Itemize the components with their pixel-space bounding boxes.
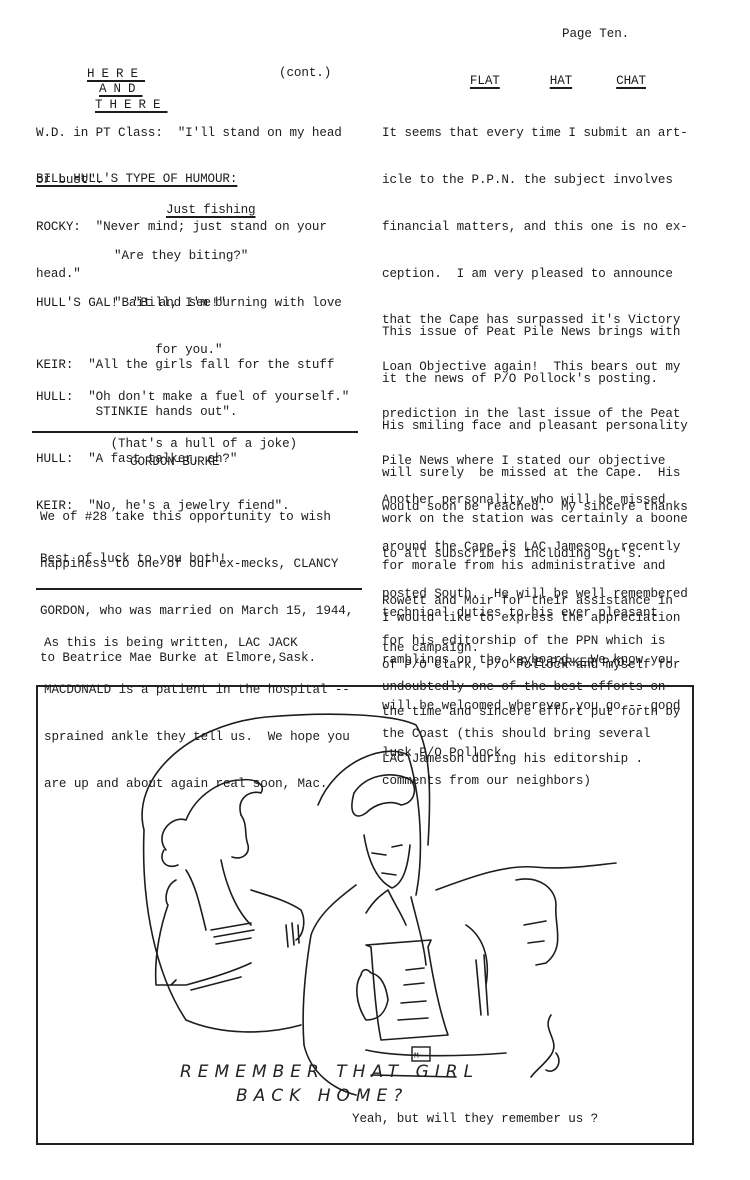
text-line: It seems that every time I submit an art… xyxy=(382,126,688,142)
wedding-closing: Best of luck to you both! xyxy=(40,552,226,568)
text-line: ception. I am very pleased to announce xyxy=(382,267,688,283)
artist-signature xyxy=(531,1015,559,1077)
handwritten-caption-line-1: REMEMBER THAT GIRL xyxy=(180,1062,479,1082)
typed-caption: Yeah, but will they remember us ? xyxy=(352,1112,598,1128)
section-divider xyxy=(36,588,362,590)
belt xyxy=(366,1050,506,1056)
text-line: Another personality who will be missed xyxy=(382,493,688,509)
text-line: KEIR: "All the girls fall for the stuff xyxy=(36,358,334,374)
title-word-flat: FLAT xyxy=(470,74,500,88)
text-line: STINKIE hands out". xyxy=(36,405,334,421)
text-line: His smiling face and pleasant personalit… xyxy=(382,419,688,435)
text-line: I would like to express the appreciation xyxy=(382,611,680,627)
title-word-hat: HAT xyxy=(550,74,572,88)
girl-face xyxy=(232,815,248,858)
section-divider xyxy=(32,431,358,433)
signature: F.E.PARKER P/O. xyxy=(520,656,632,672)
text-line: HULL'S GAL! "Bill, I'm burning with love xyxy=(36,296,349,312)
joke-title: Just fishing xyxy=(166,203,256,219)
handwritten-caption-line-2: BACK HOME? xyxy=(236,1086,408,1106)
text-line: "Are they biting?" xyxy=(114,249,248,265)
text-line: We of #28 take this opportunity to wish xyxy=(40,510,353,526)
man-hair xyxy=(352,775,414,816)
text-line: As this is being written, LAC JACK xyxy=(44,636,350,652)
man-arm-right xyxy=(436,863,616,890)
page-number: Page Ten. xyxy=(562,27,629,43)
text-line: it the news of P/O Pollock's posting. xyxy=(382,372,688,388)
text-line: W.D. in PT Class: "I'll stand on my head xyxy=(36,126,342,142)
text-line: icle to the P.P.N. the subject involves xyxy=(382,173,688,189)
wedding-heading: GORDON-BURKE xyxy=(130,455,220,471)
man-face xyxy=(364,835,410,888)
title-word-here: HERE xyxy=(87,67,145,83)
title-word-chat: CHAT xyxy=(616,74,646,88)
title-cont-suffix: (cont.) xyxy=(279,66,331,82)
man-hand xyxy=(357,970,388,1020)
text-line: This issue of Peat Pile News brings with xyxy=(382,325,688,341)
flat-hat-chat-title: FLATHATCHAT xyxy=(455,58,646,89)
text-line: financial matters, and this one is no ex… xyxy=(382,220,688,236)
humour-heading: BILL HULL'S TYPE OF HUMOUR: xyxy=(36,172,237,188)
text-line: around the Cape is LAC Jameson, recently xyxy=(382,540,688,556)
letter-paper xyxy=(366,940,448,1040)
